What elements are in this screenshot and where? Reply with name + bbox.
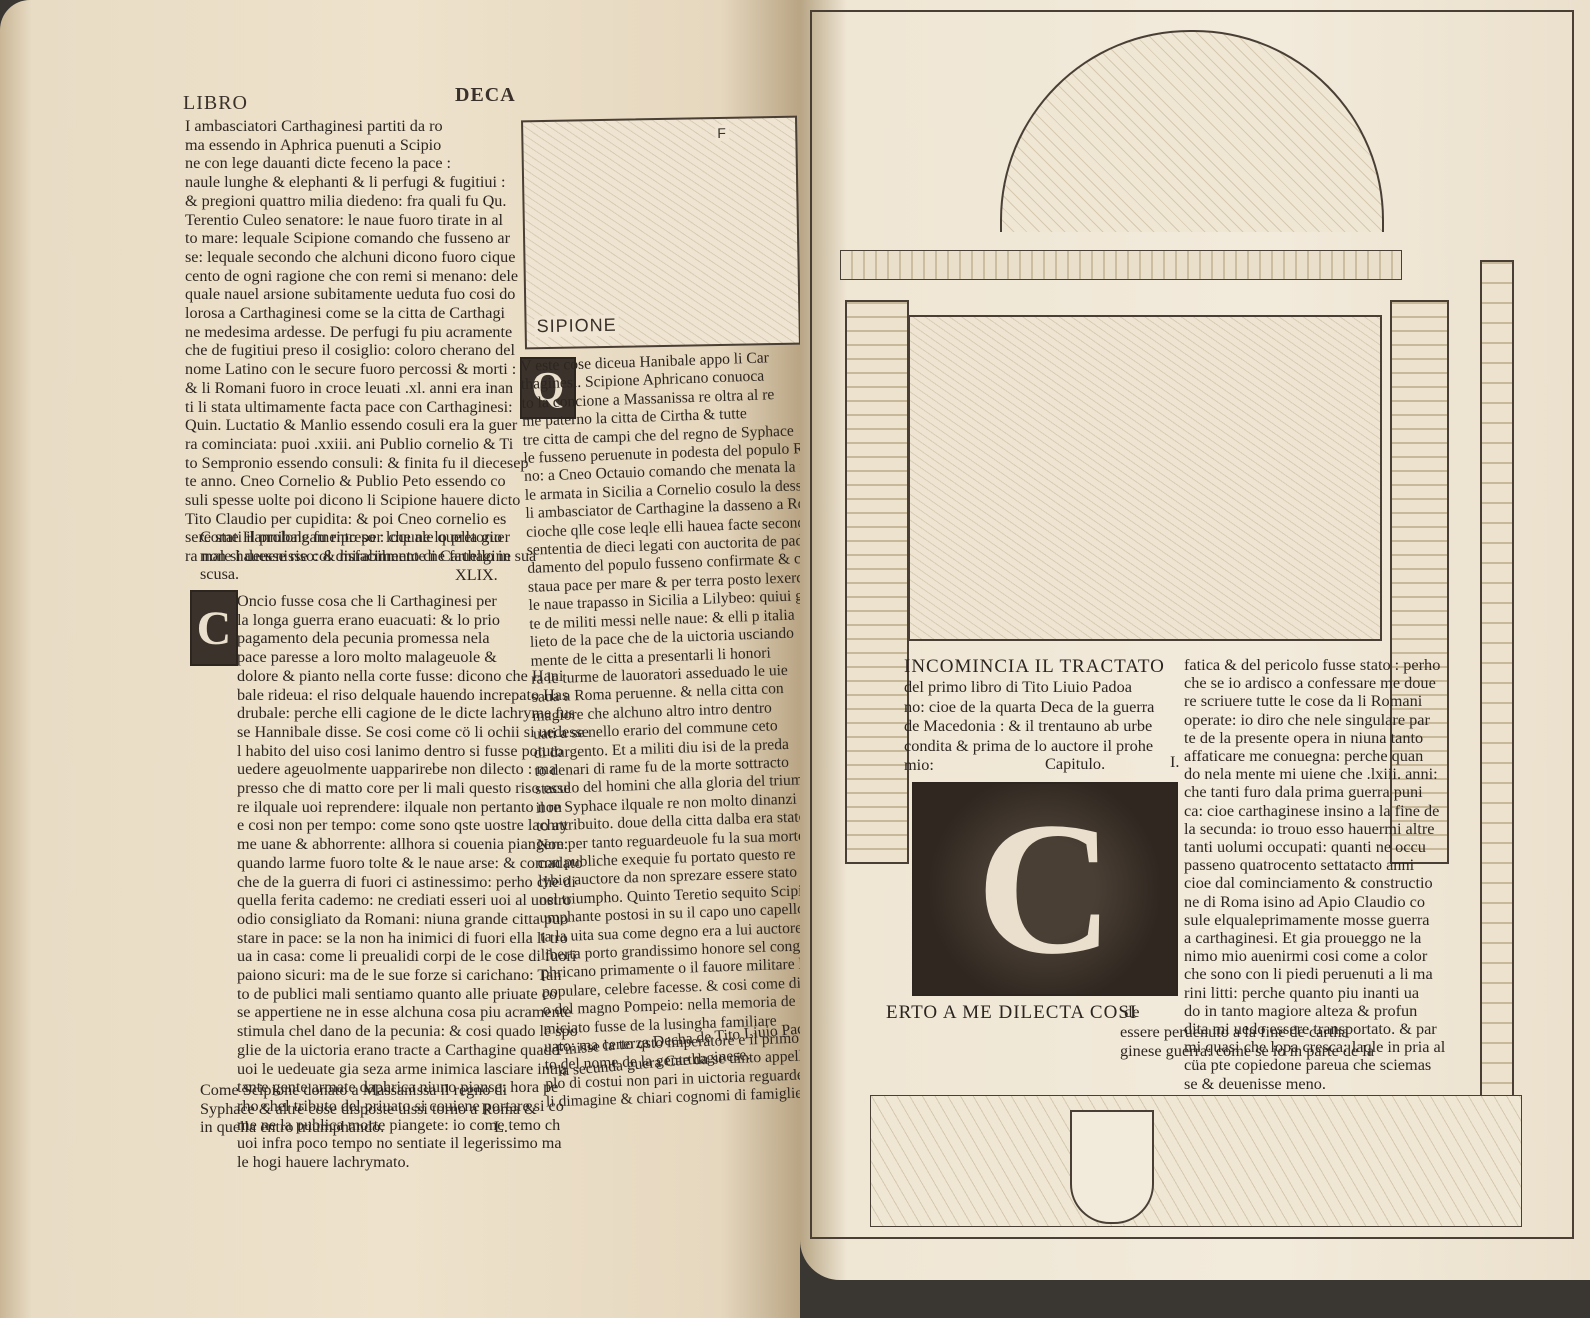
woodcut-label: SIPIONE: [534, 315, 618, 337]
shield-emblem: [1070, 1110, 1154, 1224]
initial-letter-c-left: C: [190, 590, 238, 666]
incipit-caps: ERTO A ME DILECTA COSI: [886, 1002, 1137, 1024]
chapter-number-49: XLIX.: [455, 566, 498, 585]
chapter-heading-50: Come Scipione donato a Massanissa il reg…: [200, 1081, 537, 1137]
running-head-deca: DECA: [455, 84, 516, 107]
woodcut-scipione: SIPIONE F: [521, 116, 801, 350]
frieze-ornament: [840, 250, 1402, 280]
chapter-number-50: L.: [494, 1118, 508, 1137]
title-text: del primo libro di Tito Liuio Padoa no: …: [904, 677, 1154, 775]
right-column-text: fatica & del pericolo fusse stato : perh…: [1184, 656, 1445, 1093]
column1-paragraph1: I ambasciatori Carthaginesi partiti da r…: [185, 117, 528, 566]
chapter-label: Capitulo.: [1045, 755, 1105, 774]
title-heading: INCOMINCIA IL TRACTATO: [904, 656, 1165, 678]
left-pilaster: [845, 300, 909, 864]
right-page: INCOMINCIA IL TRACTATO del primo libro d…: [800, 0, 1590, 1280]
woodcut-letter: F: [715, 125, 729, 141]
main-woodcut-scene: [908, 315, 1382, 641]
historiated-initial-c: C: [912, 782, 1178, 996]
left-page: LIBRO DECA I ambasciatori Carthaginesi p…: [0, 0, 800, 1318]
chapter-number: I.: [1170, 753, 1180, 772]
running-head-libro: LIBRO: [183, 92, 248, 115]
bottom-frieze-horsemen: [870, 1095, 1522, 1227]
candelabrum-ornament: [1480, 260, 1514, 1164]
